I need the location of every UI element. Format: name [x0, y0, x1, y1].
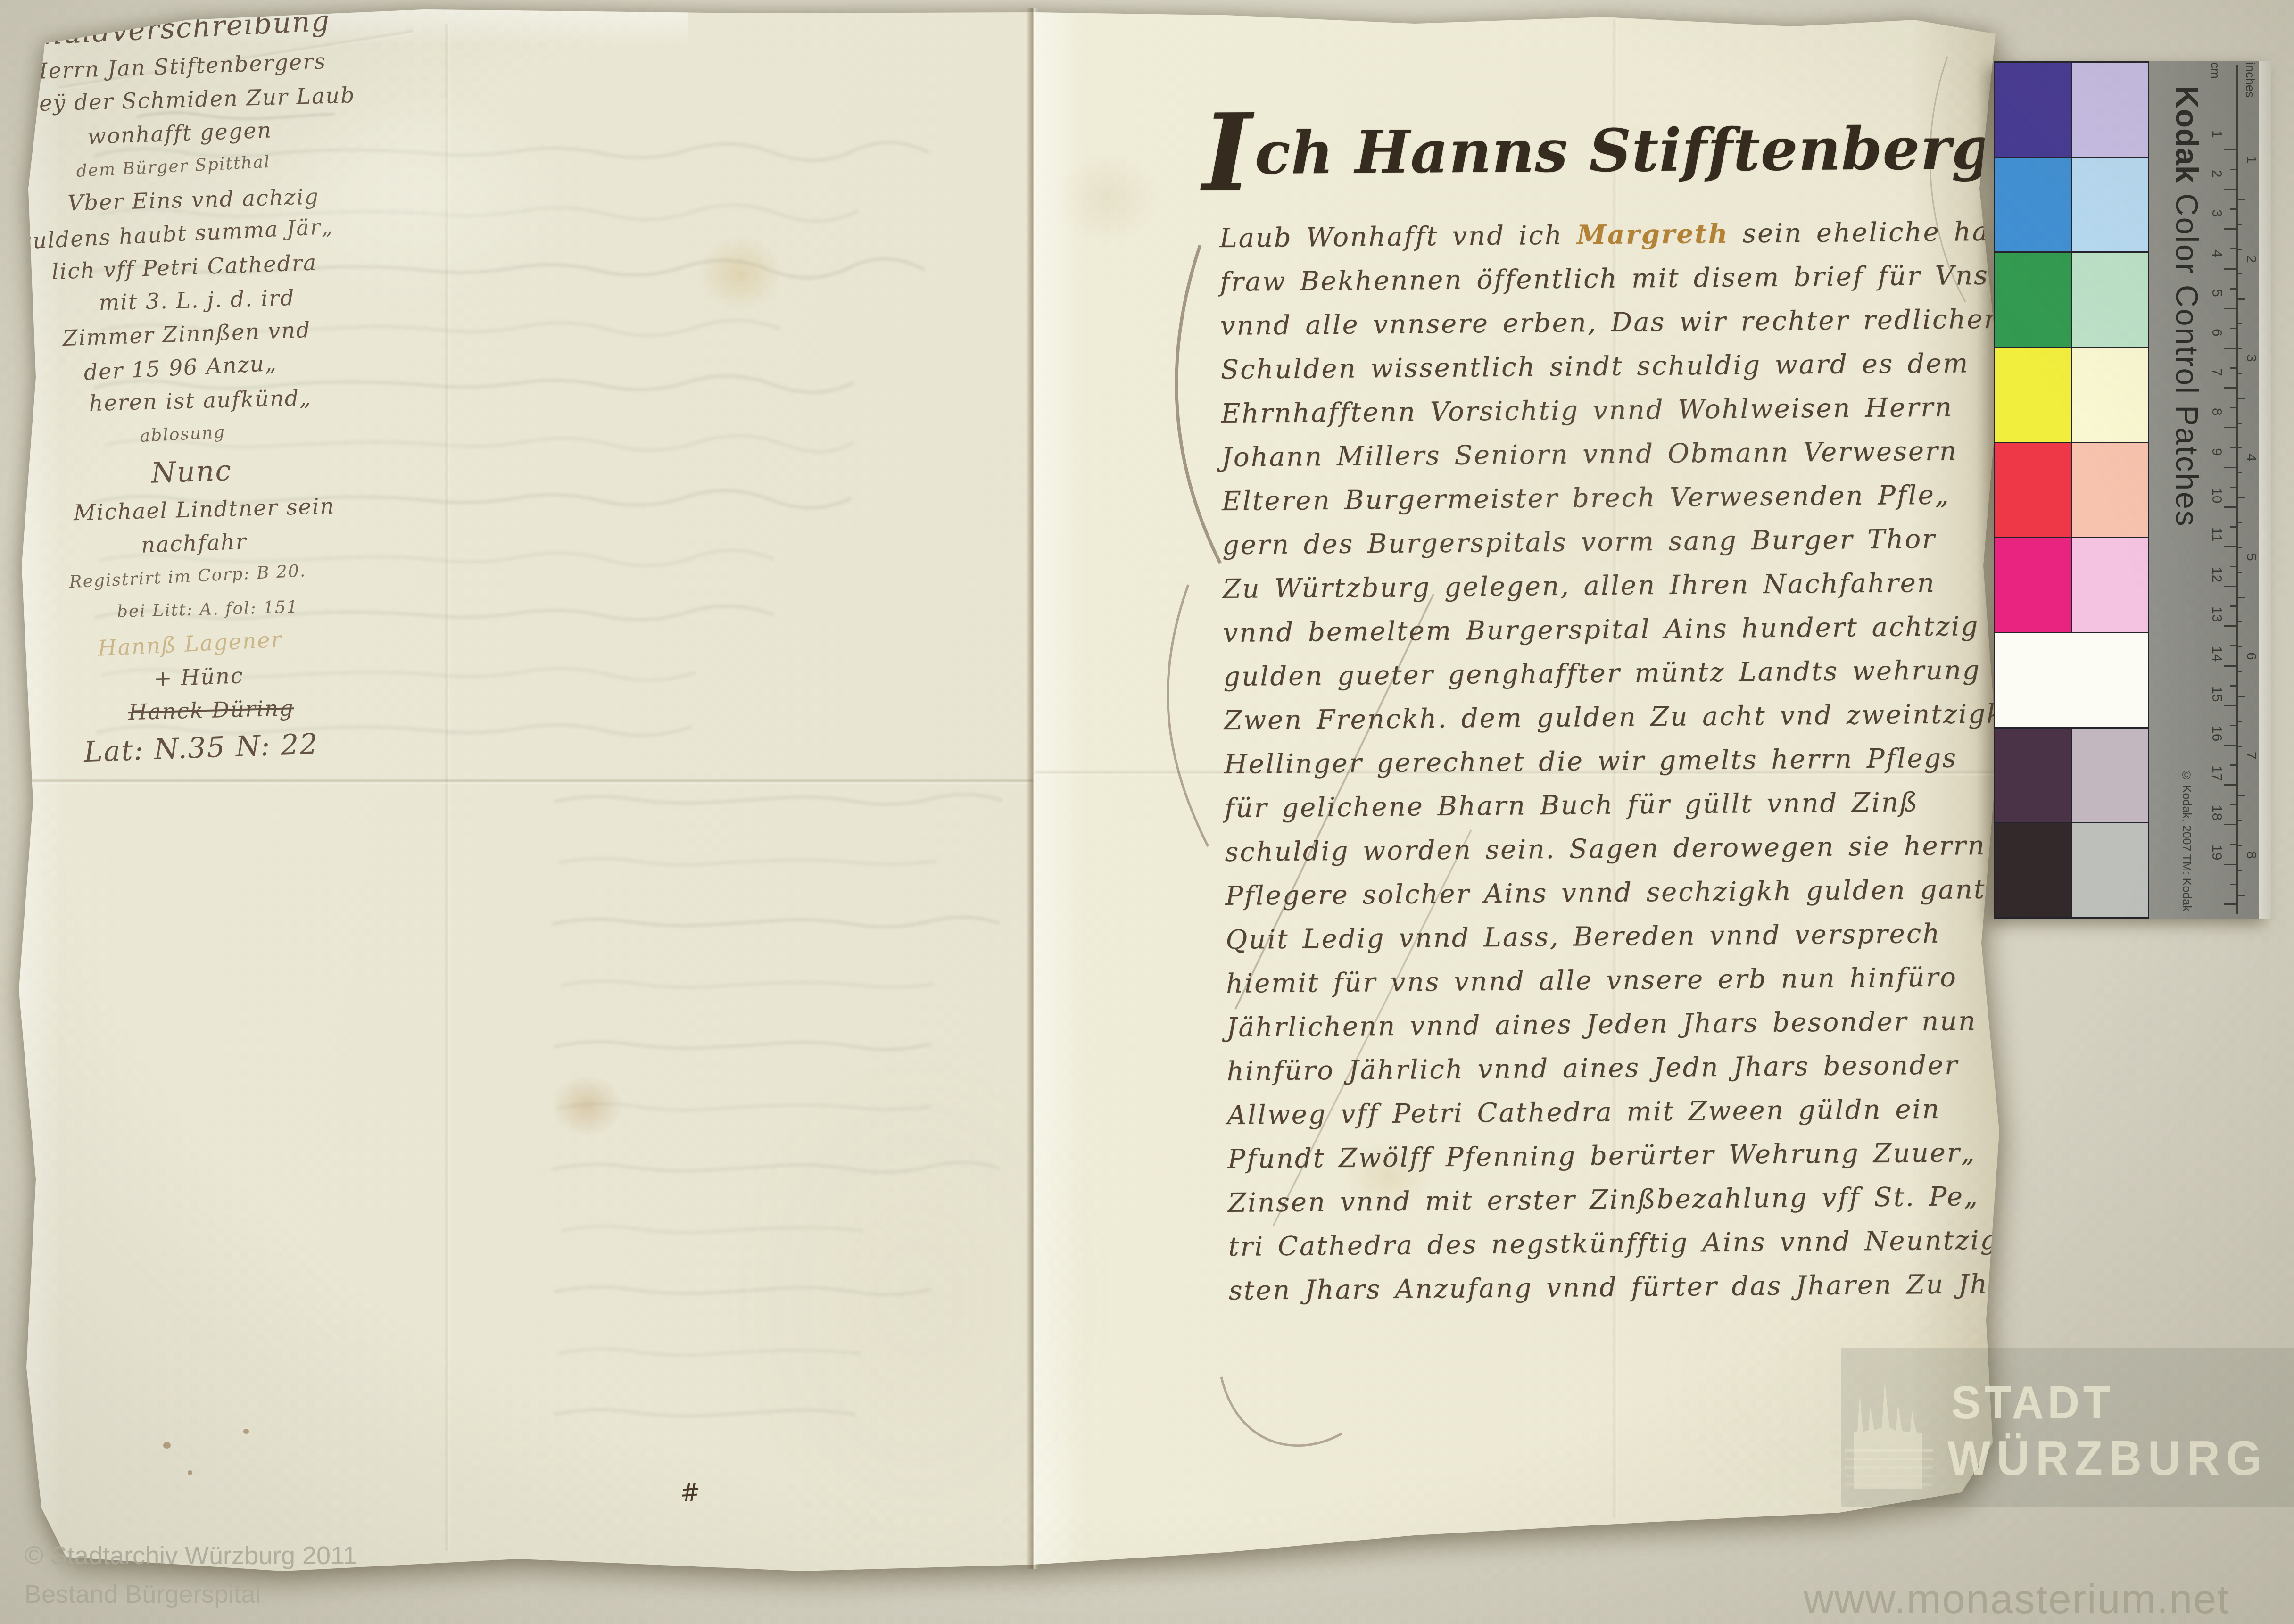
verso-note-line: Hanck Düring — [22, 691, 400, 729]
kodak-patch-saturated — [1995, 253, 2072, 347]
city-skyline-icon — [1845, 1361, 1939, 1503]
monasterium-watermark: www.monasterium.net — [1804, 1575, 2230, 1623]
cm-number: 1 — [2210, 130, 2224, 170]
charter-line: Jährlichenn vnnd aines Jeden Jhars beson… — [1226, 999, 1981, 1050]
cm-number: 12 — [2210, 567, 2224, 606]
kodak-patch-saturated — [1995, 633, 2148, 727]
kodak-patch-row — [1995, 158, 2148, 253]
kodak-patch-light — [2072, 538, 2148, 632]
kodak-patch-saturated — [1995, 729, 2072, 822]
speck — [163, 1442, 171, 1449]
charter-line: Schulden wissentlich sindt schuldig ward… — [1220, 341, 1975, 392]
charter-line: Zwen Frenckh. dem gulden Zu acht vnd zwe… — [1224, 692, 1979, 743]
verso-note-line: mit 3. L. j. d. ird — [8, 282, 386, 319]
charter-line: Elteren Burgermeister brech Verwesenden … — [1222, 473, 1977, 523]
kodak-patch-row — [1995, 348, 2148, 443]
cm-number: 18 — [2210, 805, 2224, 845]
kodak-copyright: © Kodak, 2007 TM: Kodak — [2179, 769, 2193, 929]
charter-lines: fraw Bekhennen öffentlich mit disem brie… — [1220, 254, 1983, 1313]
charter-line: gulden gueter genghaffter müntz Landts w… — [1223, 648, 1978, 699]
kodak-patch-saturated — [1995, 158, 2072, 252]
paper-stain — [698, 236, 783, 311]
archive-copyright: © Stadtarchiv Würzburg 2011 Bestand Bürg… — [25, 1536, 357, 1614]
watermark-wuerzburg: WÜRZBURG — [1947, 1431, 2268, 1487]
kodak-patch-saturated — [1995, 348, 2072, 442]
charter-body: Laub Wonhafft vnd ich Margreth sein ehel… — [1219, 210, 1983, 1313]
cm-number: 6 — [2210, 329, 2224, 368]
cm-number: 4 — [2210, 249, 2224, 289]
kodak-patch-row — [1995, 443, 2148, 539]
charter-line: Johann Millers Seniorn vnnd Obmann Verwe… — [1221, 429, 1976, 480]
charter-line: fraw Bekhennen öffentlich mit disem brie… — [1220, 254, 1975, 304]
line1-highlight: Margreth — [1577, 218, 1729, 251]
kodak-title-rest: Color Control Patches — [2170, 183, 2204, 528]
charter-line: für gelichene Bharn Buch für güllt vnnd … — [1224, 780, 1979, 830]
heading-initial: I — [1202, 91, 1255, 215]
charter-line: Ehrnhafftenn Vorsichtig vnnd Wohlweisen … — [1221, 385, 1976, 436]
inch-number: 8 — [2244, 851, 2258, 951]
kodak-patch-grid — [1994, 61, 2149, 919]
kodak-title: Kodak Color Control Patches — [2169, 86, 2205, 746]
charter-heading: Ich Hanns Stifftenberger Zu — [1202, 114, 1986, 188]
charter-line: gern des Burgerspitals vorm sang Burger … — [1222, 517, 1977, 567]
cm-number: 8 — [2210, 408, 2224, 447]
cm-number: 2 — [2210, 170, 2224, 209]
verso-note-line: Michael Lindtner sein — [15, 491, 393, 528]
line1-pre: Laub Wonhafft vnd ich — [1219, 220, 1577, 254]
kodak-patch-light — [2072, 348, 2148, 442]
inch-number: 2 — [2244, 255, 2258, 355]
charter-line: Hellinger gerechnet die wir gmelts herrn… — [1224, 736, 1979, 787]
inch-number: 4 — [2244, 454, 2258, 553]
cm-number: 10 — [2210, 488, 2224, 527]
kodak-patch-light — [2072, 443, 2148, 537]
hash-mark: # — [679, 1478, 702, 1508]
charter-line: hinfüro Jährlich vnnd aines Jedn Jhars b… — [1226, 1043, 1981, 1094]
kodak-card-edge — [2259, 61, 2271, 919]
copyright-line2: Bestand Bürgerspital — [25, 1575, 357, 1614]
charter-line: Allweg vff Petri Cathedra mit Zween güld… — [1227, 1087, 1982, 1137]
inch-number: 7 — [2244, 752, 2258, 851]
cm-number: 17 — [2210, 765, 2224, 805]
inch-number: 3 — [2244, 354, 2258, 454]
kodak-patch-row — [1995, 63, 2148, 158]
charter-line: Zu Würtzburg gelegen, allen Ihren Nachfa… — [1222, 561, 1977, 611]
kodak-patch-saturated — [1995, 538, 2072, 632]
ruler-cm-halfticks — [2230, 169, 2236, 904]
cm-number: 9 — [2210, 448, 2224, 488]
kodak-patch-row — [1995, 253, 2148, 348]
cm-number: 11 — [2210, 527, 2224, 567]
cm-label: cm — [2208, 62, 2222, 79]
ruler-inch-quarterticks — [2238, 224, 2242, 912]
charter-line: vnnd bemeltem Burgerspital Ains hundert … — [1223, 605, 1978, 655]
center-fold — [1026, 8, 1038, 1569]
kodak-patch-saturated — [1995, 823, 2072, 917]
kodak-gray-bar: Kodak Color Control Patches © Kodak, 200… — [2149, 61, 2259, 919]
ruler-cm-numbers: 12345678910111213141516171819 — [2210, 130, 2224, 885]
inch-number: 1 — [2244, 156, 2258, 255]
kodak-patch-light — [2072, 729, 2148, 822]
kodak-patch-light — [2072, 823, 2148, 917]
charter-line: tri Cathedra des negstkünfftig Ains vnnd… — [1228, 1218, 1983, 1269]
verso-note-line: beÿ der Schmiden Zur Laub — [1, 81, 379, 118]
kodak-patch-light — [2072, 158, 2148, 252]
charter-line: schuldig worden sein. Sagen derowegen si… — [1225, 824, 1979, 874]
verso-note-line: Nunc — [2, 447, 381, 497]
speck — [243, 1429, 249, 1434]
kodak-patch-light — [2072, 63, 2148, 157]
scan-canvas: SchuldverschreibungHerrn Jan Stiftenberg… — [0, 0, 2294, 1624]
paper-stain — [552, 1075, 622, 1136]
inch-number: 6 — [2244, 652, 2258, 752]
kodak-patch-light — [2072, 253, 2148, 347]
inches-label: inches — [2243, 62, 2257, 98]
copyright-line1: © Stadtarchiv Würzburg 2011 — [25, 1536, 357, 1575]
cm-number: 5 — [2210, 289, 2224, 329]
charter-line: hiemit für vns vnnd alle vnsere erb nun … — [1226, 955, 1981, 1006]
verso-note-block: SchuldverschreibungHerrn Jan Stiftenberg… — [0, 4, 390, 773]
charter-line: Quit Ledig vnnd Lass, Bereden vnnd versp… — [1226, 911, 1980, 962]
watermark-stadt: STADT — [1951, 1376, 2114, 1429]
kodak-color-strip: Kodak Color Control Patches © Kodak, 200… — [1994, 61, 2271, 919]
cm-number: 7 — [2210, 368, 2224, 408]
cm-number: 15 — [2210, 686, 2224, 726]
charter-line-margreth: Laub Wonhafft vnd ich Margreth sein ehel… — [1219, 210, 1974, 260]
charter-line: sten Jhars Anzufang vnnd fürter das Jhar… — [1228, 1262, 1983, 1313]
speck — [188, 1470, 192, 1475]
cm-number: 13 — [2210, 606, 2224, 646]
cm-number: 3 — [2210, 209, 2224, 249]
charter-line: Pflegere solcher Ains vnnd sechzigkh gul… — [1225, 868, 1980, 918]
kodak-patch-saturated — [1995, 443, 2072, 537]
kodak-patch-row — [1995, 823, 2148, 917]
line1-post: sein eheliche haus„ — [1729, 216, 2038, 249]
stadt-wuerzburg-watermark: STADT WÜRZBURG — [1841, 1348, 2294, 1507]
kodak-patch-row — [1995, 633, 2148, 729]
inch-number: 5 — [2244, 553, 2258, 653]
kodak-patch-row — [1995, 538, 2148, 633]
kodak-brand: Kodak — [2170, 86, 2204, 183]
ink-blot — [0, 0, 12, 10]
kodak-color-name — [2149, 823, 2177, 919]
charter-line: vnnd alle vnnsere erben, Das wir rechter… — [1220, 298, 1975, 348]
cm-number: 16 — [2210, 726, 2224, 765]
ruler-inch-numbers: 12345678 — [2244, 156, 2258, 951]
cm-number: 14 — [2210, 646, 2224, 686]
kodak-patch-saturated — [1995, 63, 2072, 157]
kodak-patch-row — [1995, 729, 2148, 824]
charter-line: Pfundt Zwölff Pfenning berürter Wehrung … — [1227, 1131, 1982, 1181]
cm-number: 19 — [2210, 845, 2224, 884]
charter-line: Zinsen vnnd mit erster Zinßbezahlung vff… — [1228, 1175, 1983, 1225]
